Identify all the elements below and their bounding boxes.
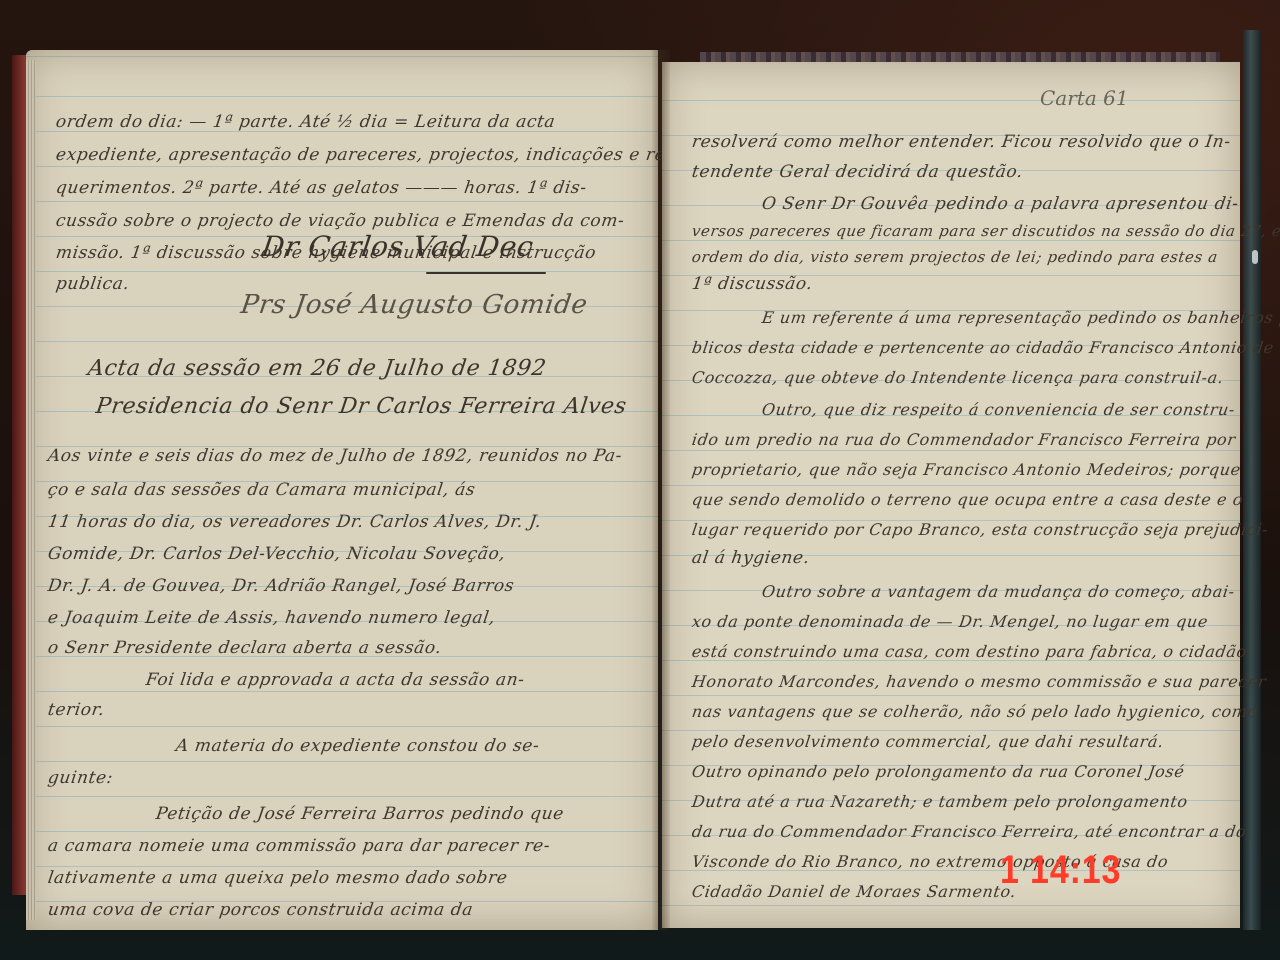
handwritten-line: E um referente á uma representação pedin…	[761, 308, 1280, 327]
handwritten-line: tendente Geral decidirá da questão.	[691, 162, 1025, 182]
handwritten-line: 11 horas do dia, os vereadores Dr. Carlo…	[47, 512, 543, 532]
handwritten-line: publica.	[55, 274, 131, 294]
handwritten-line: guinte:	[47, 768, 115, 788]
display-case-edge	[1243, 30, 1261, 930]
signature-secretary: Prs José Augusto Gomide	[239, 290, 590, 320]
handwritten-line: al á hygiene.	[691, 548, 811, 568]
handwritten-line: cussão sobre o projecto de viação public…	[55, 211, 626, 231]
handwritten-line: versos pareceres que ficaram para ser di…	[691, 222, 1280, 240]
handwritten-line: terior.	[47, 700, 106, 720]
handwritten-line: ordem do dia: — 1ª parte. Até ½ dia = Le…	[55, 112, 557, 132]
camera-timestamp-overlay: 1 14:13	[1000, 848, 1121, 893]
handwritten-line: Outro opinando pelo prolongamento da rua…	[691, 762, 1186, 781]
glass-glare	[1252, 250, 1258, 264]
handwritten-line: está construindo uma casa, com destino p…	[691, 642, 1249, 661]
left-page: ordem do dia: — 1ª parte. Até ½ dia = Le…	[26, 50, 658, 930]
handwritten-line: Gomide, Dr. Carlos Del-Vecchio, Nicolau …	[47, 544, 507, 564]
handwritten-line: lativamente a uma queixa pelo mesmo dado…	[47, 868, 509, 888]
handwritten-line: ço e sala das sessões da Camara municipa…	[47, 480, 477, 500]
handwritten-line: 1ª discussão.	[691, 274, 814, 294]
handwritten-line: expediente, apresentação de pareceres, p…	[55, 145, 673, 165]
handwritten-line: e Joaquim Leite de Assis, havendo numero…	[47, 608, 497, 628]
handwritten-line: O Senr Dr Gouvêa pedindo a palavra apres…	[761, 194, 1240, 214]
handwritten-line: Coccozza, que obteve do Intendente licen…	[691, 368, 1225, 387]
signature-underline	[426, 272, 546, 274]
handwritten-line: A materia do expediente constou do se-	[175, 736, 541, 756]
handwritten-line: querimentos. 2ª parte. Até as gelatos ——…	[55, 178, 588, 198]
handwritten-line: Cidadão Daniel de Moraes Sarmento.	[691, 882, 1018, 901]
handwritten-line: Outro, que diz respeito á conveniencia d…	[761, 400, 1237, 419]
handwritten-line: a camara nomeie uma commissão para dar p…	[47, 836, 552, 856]
handwritten-line: resolverá como melhor entender. Ficou re…	[691, 132, 1232, 152]
handwritten-line: proprietario, que não seja Francisco Ant…	[691, 460, 1243, 479]
signature-president: Dr Carlos Vad Dec	[260, 230, 536, 263]
handwritten-line: o Senr Presidente declara aberta a sessã…	[47, 638, 443, 658]
handwritten-line: que sendo demolido o terreno que ocupa e…	[691, 490, 1245, 509]
handwritten-line: Dr. J. A. de Gouvea, Dr. Adrião Rangel, …	[47, 576, 516, 596]
handwritten-line: blicos desta cidade e pertencente ao cid…	[691, 338, 1275, 357]
handwritten-line: Honorato Marcondes, havendo o mesmo comm…	[691, 672, 1268, 691]
handwritten-line: Outro sobre a vantagem da mudança do com…	[761, 582, 1236, 601]
handwritten-line: nas vantagens que se colherão, não só pe…	[691, 702, 1260, 721]
book-gutter	[652, 50, 670, 930]
minutes-heading-presidency: Presidencia do Senr Dr Carlos Ferreira A…	[94, 394, 628, 419]
handwritten-line: pelo desenvolvimento commercial, que dah…	[691, 732, 1165, 751]
handwritten-line: lugar requerido por Capo Branco, esta co…	[691, 520, 1270, 539]
folio-number: Carta 61	[1040, 86, 1129, 110]
handwritten-line: da rua do Commendador Francisco Ferreira…	[691, 822, 1248, 841]
handwritten-line: Aos vinte e seis dias do mez de Julho de…	[47, 446, 624, 466]
handwritten-line: Dutra até a rua Nazareth; e tambem pelo …	[691, 792, 1189, 811]
handwritten-line: xo da ponte denominada de — Dr. Mengel, …	[691, 612, 1210, 631]
page-stack-edges	[26, 60, 36, 920]
handwritten-line: ido um predio na rua do Commendador Fran…	[691, 430, 1237, 449]
handwritten-line: Foi lida e approvada a acta da sessão an…	[145, 670, 526, 690]
handwritten-line: uma cova de criar porcos construida acim…	[47, 900, 475, 920]
handwritten-line: ordem do dia, visto serem projectos de l…	[691, 248, 1219, 266]
handwritten-line: Petição de José Ferreira Barros pedindo …	[155, 804, 566, 824]
right-page: resolverá como melhor entender. Ficou re…	[662, 62, 1240, 928]
minutes-heading-date: Acta da sessão em 26 de Julho de 1892	[86, 356, 548, 381]
